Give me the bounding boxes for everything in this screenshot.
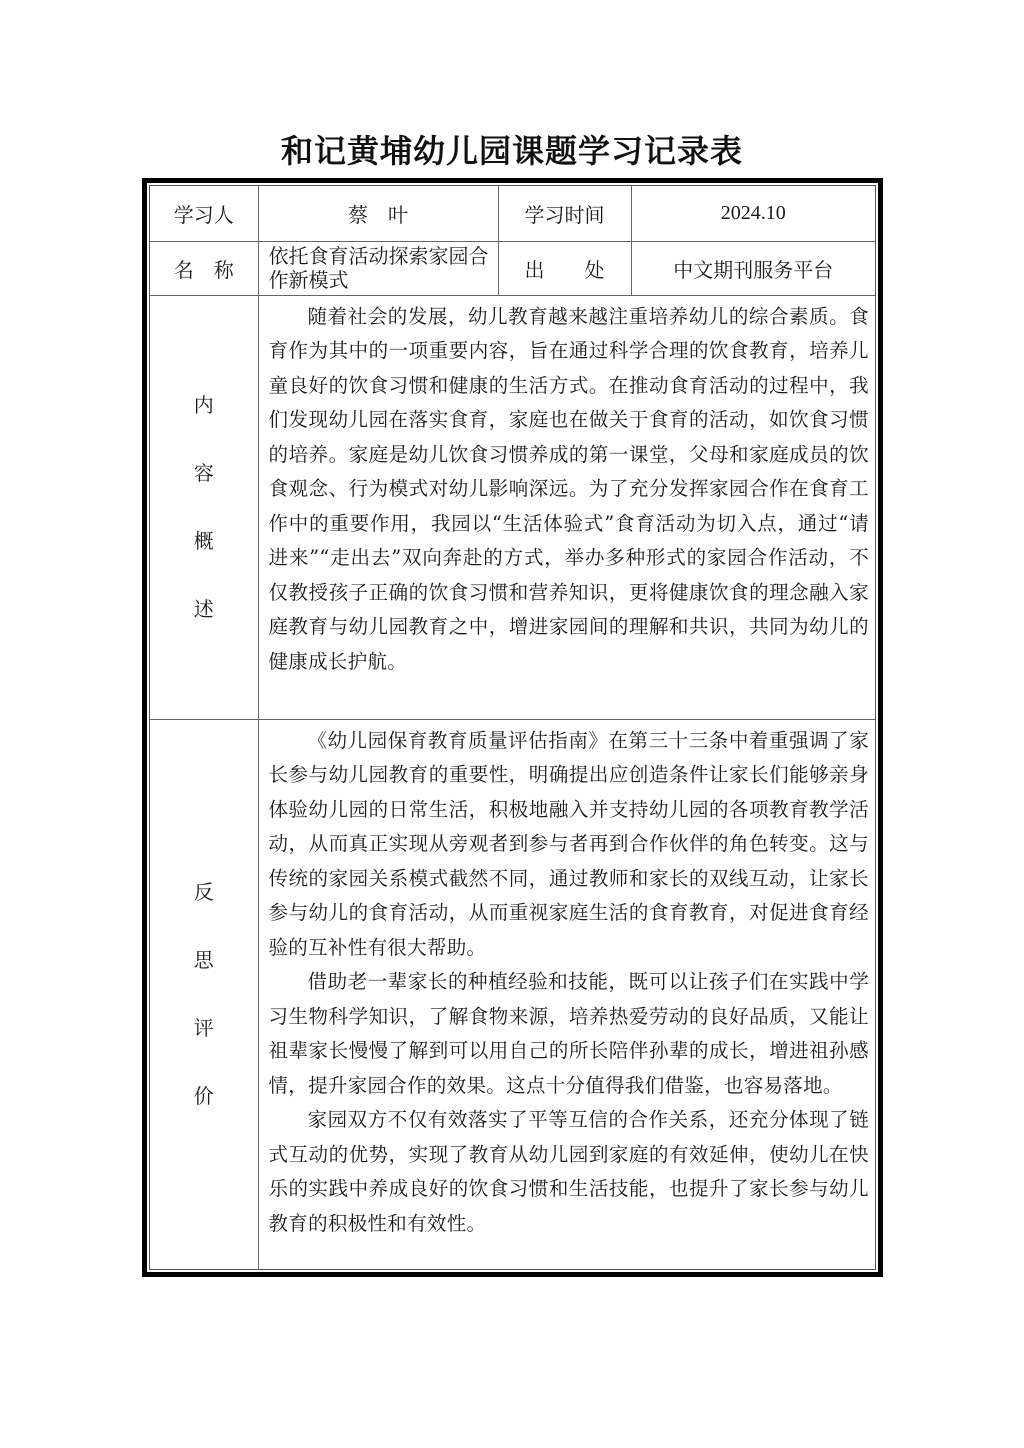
- summary-paragraph: 随着社会的发展，幼儿教育越来越注重培养幼儿的综合素质。食育作为其中的一项重要内容…: [269, 300, 870, 680]
- reflection-paragraph: 借助老一辈家长的种植经验和技能，既可以让孩子们在实践中学习生物科学知识，了解食物…: [269, 965, 870, 1103]
- learner-value: 蔡 叶: [258, 186, 498, 241]
- header-row-name: 名 称 依托食育活动探索家园合作新模式 出 处 中文期刊服务平台: [150, 241, 875, 295]
- reflection-body: 《幼儿园保育教育质量评估指南》在第三十三条中着重强调了家长参与幼儿园教育的重要性…: [258, 719, 875, 1269]
- label-char: 概: [150, 507, 258, 575]
- content-summary-body: 随着社会的发展，幼儿教育越来越注重培养幼儿的综合素质。食育作为其中的一项重要内容…: [258, 295, 875, 719]
- label-char: 内: [150, 371, 258, 439]
- reflection-row: 反 思 评 价 《幼儿园保育教育质量评估指南》在第三十三条中着重强调了家长参与幼…: [150, 719, 875, 1269]
- record-table-frame: 学习人 蔡 叶 学习时间 2024.10 名 称 依托食育活动探索家园合作新模式…: [142, 178, 883, 1277]
- study-time-label: 学习时间: [498, 186, 631, 241]
- name-value: 依托食育活动探索家园合作新模式: [258, 241, 498, 295]
- content-summary-label: 内 容 概 述: [150, 295, 258, 719]
- reflection-paragraph: 《幼儿园保育教育质量评估指南》在第三十三条中着重强调了家长参与幼儿园教育的重要性…: [269, 724, 870, 966]
- source-value: 中文期刊服务平台: [631, 241, 875, 295]
- label-char: 容: [150, 439, 258, 507]
- document-title: 和记黄埔幼儿园课题学习记录表: [0, 128, 1024, 174]
- label-char: 述: [150, 575, 258, 643]
- source-label: 出 处: [498, 241, 631, 295]
- label-char: 价: [150, 1062, 258, 1130]
- content-summary-row: 内 容 概 述 随着社会的发展，幼儿教育越来越注重培养幼儿的综合素质。食育作为其…: [150, 295, 875, 719]
- study-time-value: 2024.10: [631, 186, 875, 241]
- name-label: 名 称: [150, 241, 258, 295]
- header-row-learner: 学习人 蔡 叶 学习时间 2024.10: [150, 186, 875, 241]
- reflection-label: 反 思 评 价: [150, 719, 258, 1269]
- label-char: 思: [150, 926, 258, 994]
- record-table: 学习人 蔡 叶 学习时间 2024.10 名 称 依托食育活动探索家园合作新模式…: [150, 186, 875, 1269]
- label-char: 反: [150, 858, 258, 926]
- record-table-inner-border: 学习人 蔡 叶 学习时间 2024.10 名 称 依托食育活动探索家园合作新模式…: [149, 185, 876, 1270]
- learner-label: 学习人: [150, 186, 258, 241]
- reflection-paragraph: 家园双方不仅有效落实了平等互信的合作关系，还充分体现了链式互动的优势，实现了教育…: [269, 1103, 870, 1241]
- label-char: 评: [150, 994, 258, 1062]
